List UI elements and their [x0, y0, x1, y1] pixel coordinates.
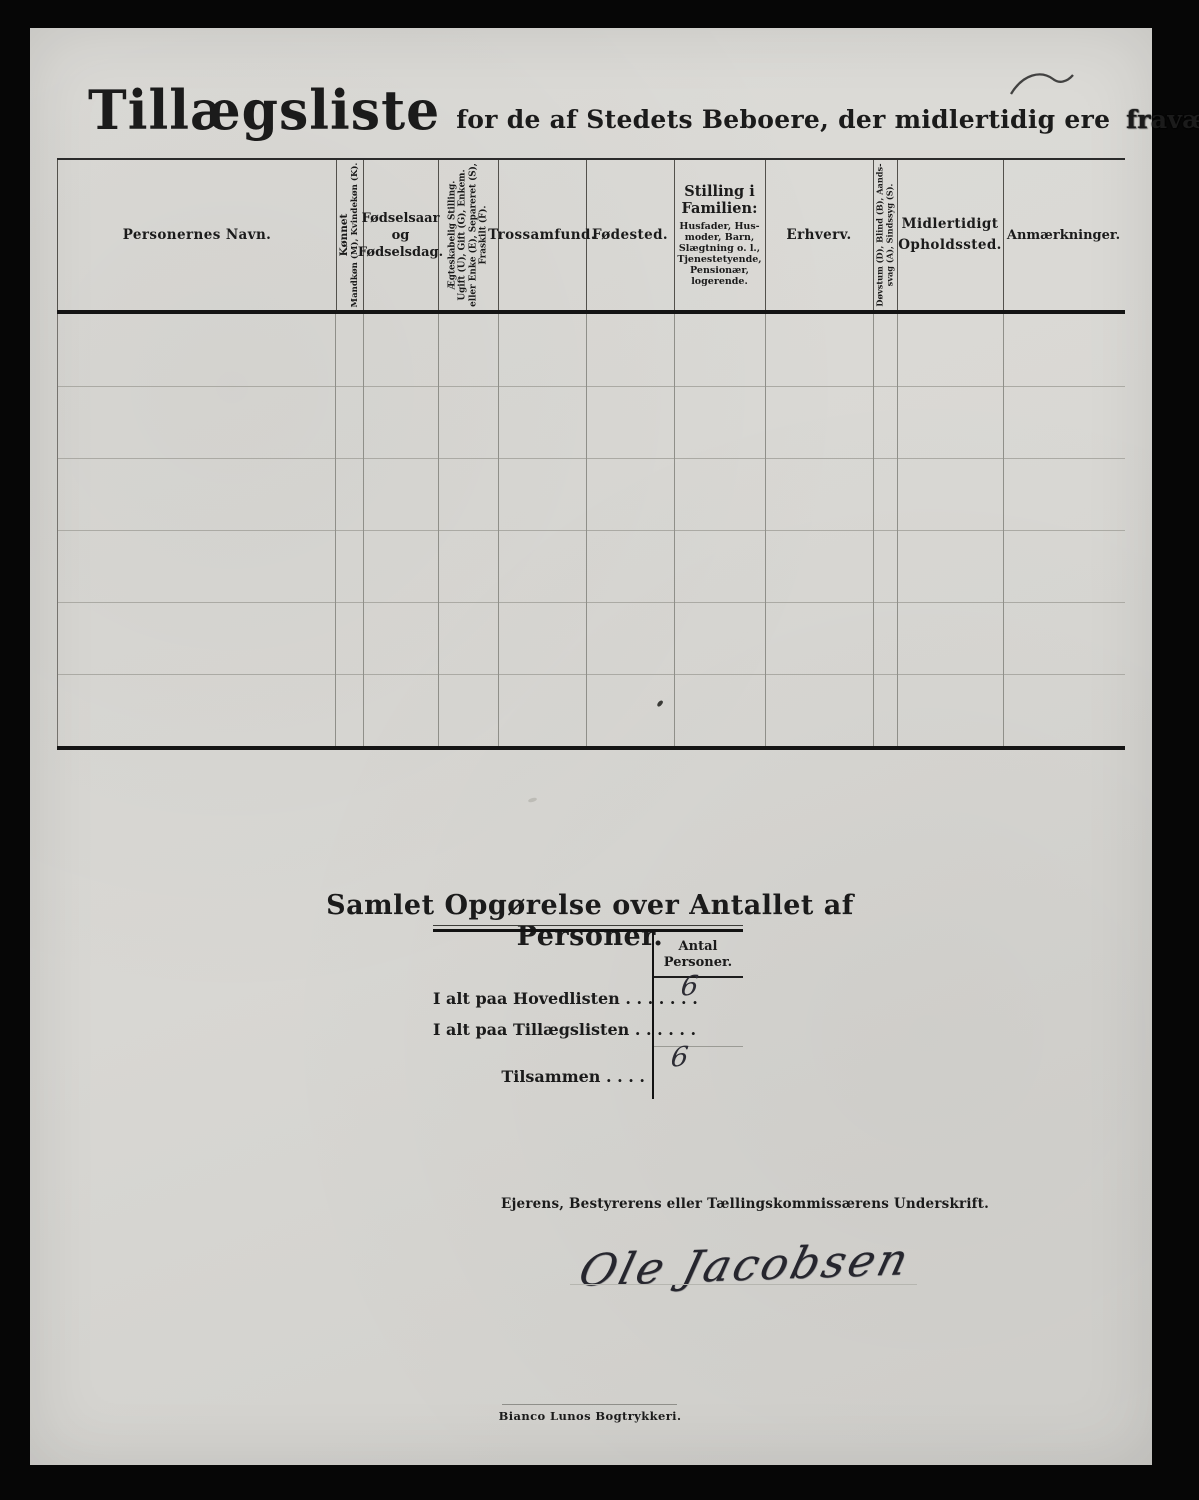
- summary-row-label: Tilsammen . . . .: [433, 1067, 645, 1086]
- grid-line: [674, 314, 675, 746]
- col-header-birthplace: Fødested.: [586, 160, 675, 310]
- title-subtitle-lastword: fraværende.: [1126, 105, 1199, 134]
- paper-blemish: [528, 797, 538, 803]
- col-header-disability-label: Døvstum (D), Blind (B), Aands- svag (A),…: [875, 161, 894, 309]
- grid-line: [438, 314, 439, 746]
- col-header-birthdate-label: Fødselsaar og Fødselsdag.: [358, 210, 443, 261]
- col-header-marital-label: Ægteskabelig Stilling. Ugift (U), Gift (…: [447, 161, 488, 309]
- signature-line: [570, 1284, 917, 1285]
- page-title: Tillægsliste for de af Stedets Beboere, …: [88, 80, 1108, 141]
- grid-line: [765, 314, 766, 746]
- col-header-birthdate: Fødselsaar og Fødselsdag.: [363, 160, 439, 310]
- summary-col-header: Antal Personer.: [654, 939, 742, 971]
- col-header-occupation-label: Erhverv.: [786, 227, 851, 243]
- col-header-family-label: Stilling i Familien: Husfader, Hus- mode…: [677, 183, 761, 287]
- col-header-disability: Døvstum (D), Blind (B), Aands- svag (A),…: [873, 160, 898, 310]
- title-subtitle: for de af Stedets Beboere, der midlertid…: [456, 105, 1110, 134]
- col-header-remarks: Anmærkninger.: [1003, 160, 1124, 310]
- col-header-remarks-label: Anmærkninger.: [1007, 227, 1120, 244]
- grid-line: [57, 314, 58, 746]
- col-header-residence-label: Midlertidigt Opholdssted.: [898, 214, 1002, 256]
- table-body: [57, 314, 1125, 746]
- col-header-birthplace-label: Fødested.: [592, 227, 668, 243]
- handwritten-count-total: 6: [669, 1041, 689, 1074]
- signature-caption: Ejerens, Bestyrerens eller Tællingskommi…: [485, 1196, 1005, 1212]
- table-row: [57, 458, 1125, 531]
- col-header-faith: Trossamfund.: [498, 160, 587, 310]
- scanned-census-page: Tillægsliste for de af Stedets Beboere, …: [30, 28, 1152, 1465]
- col-header-occupation: Erhverv.: [765, 160, 874, 310]
- table-row: [57, 674, 1125, 747]
- grid-line: [335, 314, 336, 746]
- table-row: [57, 602, 1125, 675]
- summary-top-rule-thick: [433, 929, 743, 932]
- grid-line: [1003, 314, 1004, 746]
- table-header: Personernes Navn. Kønnet Mandkøn (M), Kv…: [57, 160, 1125, 310]
- grid-line: [873, 314, 874, 746]
- footer-rule: [502, 1404, 677, 1405]
- col-header-family-position: Stilling i Familien: Husfader, Hus- mode…: [674, 160, 766, 310]
- col-header-name-label: Personernes Navn.: [123, 227, 272, 243]
- handwritten-count-hovedlisten: 6: [679, 970, 699, 1003]
- grid-line: [897, 314, 898, 746]
- summary-sum-rule: [654, 1046, 743, 1047]
- col-header-sex-label: Kønnet Mandkøn (M), Kvindekøn (K).: [338, 161, 360, 309]
- col-header-faith-label: Trossamfund.: [488, 227, 596, 243]
- table-row: [57, 314, 1125, 386]
- census-table: Personernes Navn. Kønnet Mandkøn (M), Kv…: [57, 158, 1125, 750]
- summary-top-rule-thin: [433, 925, 743, 926]
- handwritten-signature: Ole Jacobsen: [476, 1231, 1014, 1300]
- col-header-name: Personernes Navn.: [57, 160, 337, 310]
- summary-row-label: I alt paa Hovedlisten . . . . . . .: [433, 989, 645, 1008]
- grid-line: [498, 314, 499, 746]
- col-header-temporary-residence: Midlertidigt Opholdssted.: [897, 160, 1004, 310]
- table-row: [57, 386, 1125, 459]
- table-row: [57, 530, 1125, 603]
- summary-row-label: I alt paa Tillægslisten . . . . . .: [433, 1020, 645, 1039]
- printer-imprint: Bianco Lunos Bogtrykkeri.: [470, 1409, 710, 1423]
- grid-line: [586, 314, 587, 746]
- table-bottom-rule: [57, 746, 1125, 750]
- grid-line: [363, 314, 364, 746]
- summary-table: Antal Personer. I alt paa Hovedlisten . …: [433, 925, 743, 1103]
- ink-smudge: [1005, 66, 1077, 102]
- title-main: Tillægsliste: [88, 78, 440, 142]
